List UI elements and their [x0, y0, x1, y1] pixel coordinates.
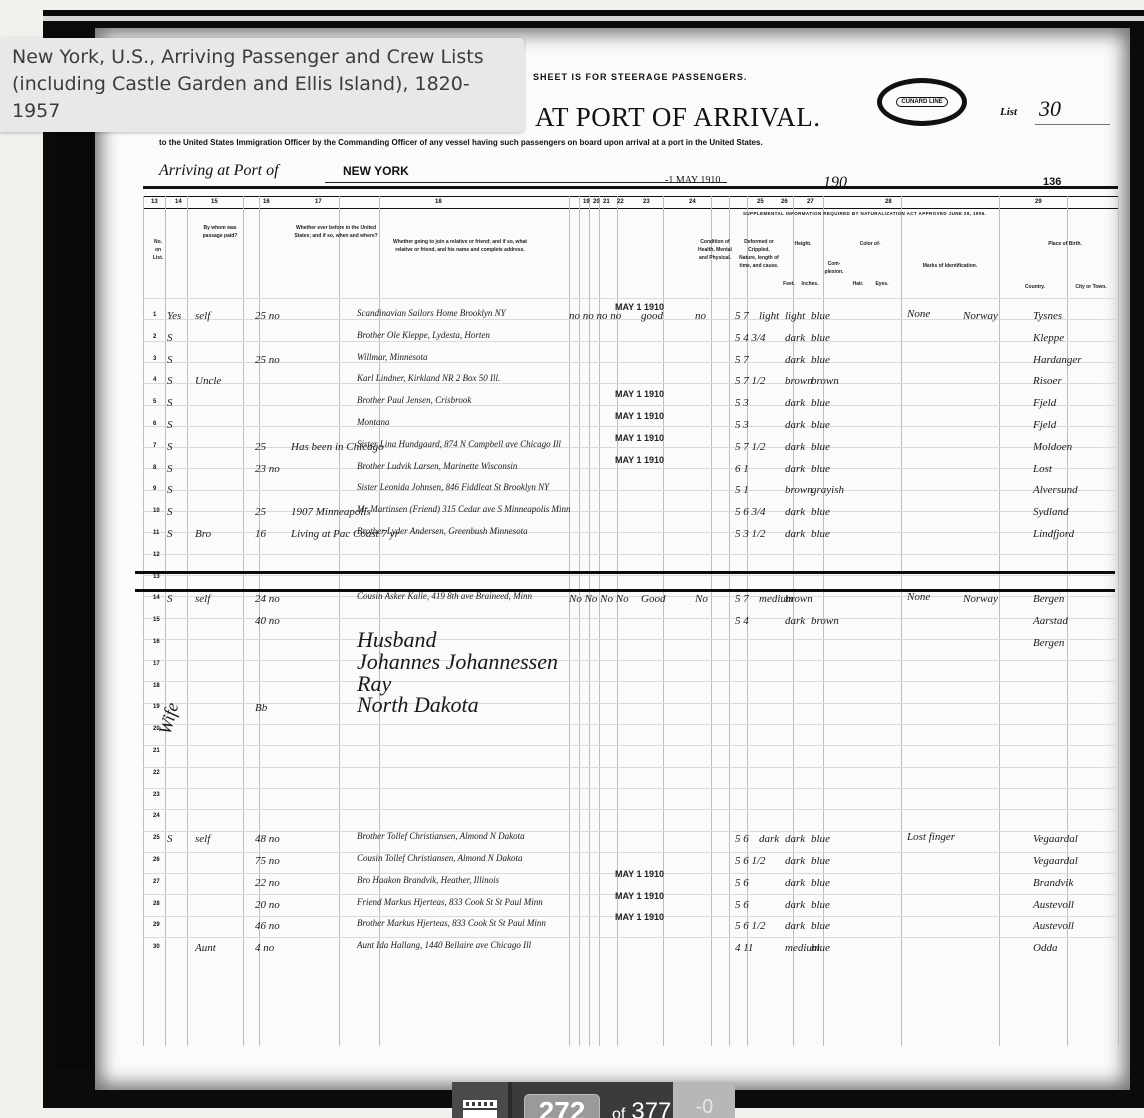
row-marks-identification: Lost finger — [907, 831, 955, 843]
column-number: 28 — [885, 199, 892, 205]
row-passage-paid: self — [195, 310, 210, 322]
row-joining-relative: Sister Leonida Johnsen, 846 Fiddleat St … — [357, 482, 549, 492]
list-number: 30 — [1039, 96, 1061, 122]
grid-column-line — [599, 196, 600, 1046]
row-yes-no-flags: no no no no — [569, 310, 621, 322]
header-condition: Condition of Health, Mental and Physical… — [695, 238, 735, 262]
row-height: 5 4 — [735, 615, 749, 627]
stamp-text: CUNARD LINE — [896, 97, 947, 107]
row-row-number: 18 — [153, 683, 160, 689]
row-joining-relative: Montana — [357, 417, 390, 427]
row-eye-color: blue — [811, 419, 830, 431]
row-sex-marker: S — [167, 528, 173, 540]
row-hair-color: brown — [785, 484, 813, 496]
grid-column-line — [165, 196, 166, 1046]
grid-row-line — [143, 383, 1118, 384]
row-money-shown: 25 — [255, 441, 266, 453]
row-hair-color: dark — [785, 899, 805, 911]
grid-column-line — [143, 196, 144, 1046]
filmstrip-button[interactable] — [452, 1082, 508, 1118]
row-row-number: 5 — [153, 399, 156, 405]
header-eyes: Eyes. — [871, 280, 893, 288]
grid-row-line — [143, 618, 1118, 619]
grid-row-line — [143, 298, 1118, 299]
row-height: 5 3 — [735, 397, 749, 409]
row-joining-relative: Brother Markus Hjerteas, 833 Cook St St … — [357, 918, 546, 928]
row-money-shown: 25 — [255, 506, 266, 518]
grid-column-line — [901, 196, 902, 1046]
row-row-number: 14 — [153, 595, 160, 601]
row-joining-relative: Bro Haakon Brandvik, Heather, Illinois — [357, 875, 499, 885]
row-city-town: Moldoen — [1033, 441, 1072, 453]
row-row-number: 1 — [153, 312, 156, 318]
row-height: 5 1 — [735, 484, 749, 496]
row-row-number: 21 — [153, 748, 160, 754]
grid-row-line — [143, 426, 1118, 427]
row-city-town: Fjeld — [1033, 397, 1056, 409]
row-eye-color: blue — [811, 833, 830, 845]
row-row-number: 23 — [153, 792, 160, 798]
page-top-gap — [43, 16, 1144, 21]
row-money-shown: 25 no — [255, 354, 280, 366]
grid-row-line — [143, 554, 1118, 555]
row-city-town: Bergen — [1033, 593, 1064, 605]
row-city-town: Lindfjord — [1033, 528, 1074, 540]
grid-row-line — [143, 639, 1118, 640]
row-money-shown: 75 no — [255, 855, 280, 867]
row-eye-color: blue — [811, 463, 830, 475]
row-height: 5 7 — [735, 310, 749, 322]
row-row-number: 4 — [153, 377, 156, 383]
row-row-number: 3 — [153, 356, 156, 362]
row-joining-relative: Brother Tollef Christiansen, Almond N Da… — [357, 831, 525, 841]
row-joining-relative: Willmar, Minnesota — [357, 352, 428, 362]
row-eye-color: brown — [811, 375, 839, 387]
grid-row-line — [143, 767, 1118, 768]
document-title: AT PORT OF ARRIVAL. — [535, 102, 820, 133]
grid-row-line — [143, 511, 1118, 512]
strikethrough-line-row-13 — [135, 589, 1115, 592]
row-city-town: Lost — [1033, 463, 1052, 475]
row-joining-relative: Brother Ole Kleppe, Lydesta, Horten — [357, 330, 490, 340]
row-city-town: Austevoll — [1033, 899, 1074, 911]
instructions-text: to the United States Immigration Officer… — [159, 138, 763, 147]
of-label: of — [612, 1106, 625, 1118]
row-city-town: Austevoll — [1033, 920, 1074, 932]
row-country: Norway — [963, 593, 998, 605]
row-eye-color: blue — [811, 877, 830, 889]
manifest-page: SHEET IS FOR STEERAGE PASSENGERS. AT POR… — [95, 28, 1130, 1090]
arriving-label: Arriving at Port of — [159, 162, 279, 180]
tooltip-text: New York, U.S., Arriving Passenger and C… — [12, 46, 484, 122]
grid-row-line — [143, 468, 1118, 469]
header-inches: Inches. — [799, 280, 821, 288]
header-rule — [143, 186, 1118, 189]
row-money-shown: 16 — [255, 528, 266, 540]
row-sex-marker: S — [167, 375, 173, 387]
row-row-number: 26 — [153, 857, 160, 863]
supplemental-header: SUPPLEMENTAL INFORMATION REQUIRED BY NAT… — [743, 211, 986, 216]
row-joining-relative: Brother Paul Jensen, Crisbrook — [357, 395, 471, 405]
row-row-number: 30 — [153, 944, 160, 950]
row-row-number: 25 — [153, 835, 160, 841]
row-joining-relative: Cousin Asker Kalle, 419 8th ave Braineed… — [357, 591, 532, 601]
column-number: 20 — [593, 199, 600, 205]
row-row-number: 6 — [153, 421, 156, 427]
row-row-number: 28 — [153, 901, 160, 907]
row-eye-color: brown — [811, 615, 839, 627]
row-passage-paid: self — [195, 593, 210, 605]
row-money-shown: 25 no — [255, 310, 280, 322]
header-color-of: Color of- — [847, 240, 893, 248]
row-eye-color: blue — [811, 855, 830, 867]
header-no-on-list: No. on List. — [151, 238, 165, 262]
row-hair-color: dark — [785, 920, 805, 932]
row-row-number: 24 — [153, 813, 160, 819]
row-hair-color: dark — [785, 615, 805, 627]
row-city-town: Sydland — [1033, 506, 1068, 518]
row-row-number: 16 — [153, 639, 160, 645]
grid-row-line — [143, 745, 1118, 746]
year-label: 190 — [823, 174, 847, 192]
grid-row-line — [143, 490, 1118, 491]
grid-column-line — [187, 196, 188, 1046]
row-money-shown: 24 no — [255, 593, 280, 605]
row-joining-relative: Scandinavian Sailors Home Brooklyn NY — [357, 308, 506, 318]
row-date-stamp: MAY 1 1910 — [615, 891, 664, 901]
row-city-town: Tysnes — [1033, 310, 1062, 322]
row-money-shown: 22 no — [255, 877, 280, 889]
row-joining-relative: North Dakota — [357, 692, 479, 718]
column-number: 22 — [617, 199, 624, 205]
row-hair-color: dark — [785, 332, 805, 344]
row-yes-no-flags: No No No No — [569, 593, 629, 605]
row-eye-color: blue — [811, 528, 830, 540]
row-hair-color: dark — [785, 441, 805, 453]
row-row-number: 19 — [153, 704, 160, 710]
row-height: 5 7 1/2 — [735, 375, 766, 387]
row-city-town: Odda — [1033, 942, 1057, 954]
row-row-number: 13 — [153, 574, 160, 580]
row-height: 5 6 1/2 — [735, 920, 766, 932]
row-joining-relative: Brother Ludvik Larsen, Marinette Wiscons… — [357, 461, 517, 471]
row-sex-marker: S — [167, 484, 173, 496]
grid-column-line — [569, 196, 570, 1046]
header-complexion: Com-plexion. — [823, 260, 845, 276]
row-eye-color: blue — [811, 310, 830, 322]
column-number: 27 — [807, 199, 814, 205]
row-sex-marker: S — [167, 441, 173, 453]
row-joining-relative: Brother Lyder Andersen, Greenbush Minnes… — [357, 526, 528, 536]
row-hair-color: dark — [785, 833, 805, 845]
row-money-shown: 23 no — [255, 463, 280, 475]
header-deformed: Deformed or Crippled. Nature, length of … — [739, 238, 779, 270]
header-country: Country. — [1010, 283, 1060, 291]
column-number: 18 — [435, 199, 442, 205]
grid-row-line — [143, 724, 1118, 725]
row-hair-color: brown — [785, 593, 813, 605]
row-row-number: 29 — [153, 922, 160, 928]
row-height: 5 4 3/4 — [735, 332, 766, 344]
grid-column-line — [243, 196, 244, 1046]
zoom-out-button[interactable]: -0 — [673, 1082, 735, 1118]
row-height: 5 7 — [735, 354, 749, 366]
grid-row-line — [143, 809, 1118, 810]
filmstrip-icon — [463, 1100, 497, 1118]
row-city-town: Bergen — [1033, 637, 1064, 649]
row-sex-marker: S — [167, 419, 173, 431]
column-number: 13 — [151, 199, 158, 205]
grid-row-line — [143, 852, 1118, 853]
zoom-out-icon: -0 — [695, 1096, 713, 1118]
row-row-number: 22 — [153, 770, 160, 776]
row-sex-marker: S — [167, 593, 173, 605]
row-joining-relative: Cousin Tollef Christiansen, Almond N Dak… — [357, 853, 523, 863]
row-hair-color: dark — [785, 397, 805, 409]
row-money-shown: 4 no — [255, 942, 274, 954]
grid-row-line — [143, 362, 1118, 363]
row-date-stamp: MAY 1 1910 — [615, 869, 664, 879]
row-city-town: Brandvik — [1033, 877, 1073, 889]
row-money-shown: 40 no — [255, 615, 280, 627]
row-date-stamp: MAY 1 1910 — [615, 433, 664, 443]
row-passage-paid: Bro — [195, 528, 211, 540]
row-city-town: Vegaardal — [1033, 855, 1078, 867]
row-date-stamp: MAY 1 1910 — [615, 411, 664, 421]
row-height: 5 7 — [735, 593, 749, 605]
row-money-shown: 46 no — [255, 920, 280, 932]
row-eye-color: blue — [811, 332, 830, 344]
grid-column-line — [729, 196, 730, 1046]
grid-column-line — [579, 196, 580, 1046]
row-city-town: Alversund — [1033, 484, 1078, 496]
column-number: 14 — [175, 199, 182, 205]
row-height: 5 7 1/2 — [735, 441, 766, 453]
row-money-shown: 48 no — [255, 833, 280, 845]
row-height: 5 3 — [735, 419, 749, 431]
cunard-line-stamp: CUNARD LINE — [877, 78, 967, 126]
row-sex-marker: Yes — [167, 310, 181, 322]
row-height: 6 1 — [735, 463, 749, 475]
row-sex-marker: S — [167, 833, 173, 845]
row-eye-color: blue — [811, 920, 830, 932]
current-page-input[interactable]: 272 — [524, 1094, 600, 1118]
row-hair-color: dark — [785, 463, 805, 475]
column-number: 19 — [583, 199, 590, 205]
row-marks-identification: None — [907, 308, 930, 320]
grid-row-line — [143, 788, 1118, 789]
column-number: 25 — [757, 199, 764, 205]
row-date-stamp: MAY 1 1910 — [615, 389, 664, 399]
header-ever-before: Whether ever before in the United States… — [291, 224, 381, 240]
row-row-number: 27 — [153, 879, 160, 885]
row-money-shown: 20 no — [255, 899, 280, 911]
column-number: 15 — [211, 199, 218, 205]
column-number: 26 — [781, 199, 788, 205]
pager-divider — [508, 1082, 512, 1118]
total-pages: 377 — [631, 1098, 671, 1118]
grid-row-line — [143, 703, 1118, 704]
grid-row-line — [143, 532, 1118, 533]
column-number: 16 — [263, 199, 270, 205]
row-city-town: Risoer — [1033, 375, 1062, 387]
row-height: 5 6 3/4 — [735, 506, 766, 518]
row-city-town: Kleppe — [1033, 332, 1064, 344]
port-name: NEW YORK — [343, 164, 409, 178]
row-row-number: 7 — [153, 443, 156, 449]
page-navigator: 272 of377 -0 — [452, 1082, 735, 1118]
arrival-date-stamp: -1 MAY 1910 — [665, 175, 720, 186]
row-hair-color: dark — [785, 354, 805, 366]
row-health-condition: Good — [641, 593, 665, 605]
row-row-number: 8 — [153, 465, 156, 471]
row-passage-paid: self — [195, 833, 210, 845]
column-number: 23 — [643, 199, 650, 205]
grid-column-line — [339, 196, 340, 1046]
row-row-number: 10 — [153, 508, 160, 514]
grid-column-line — [999, 196, 1000, 1046]
document-image-viewer[interactable]: SHEET IS FOR STEERAGE PASSENGERS. AT POR… — [43, 0, 1144, 1108]
header-marks: Marks of Identification. — [905, 262, 995, 270]
grid-row-line — [143, 831, 1118, 832]
row-joining-relative: Sister Lina Hundgaard, 874 N Campbell av… — [357, 439, 561, 449]
grid-column-line — [1118, 196, 1119, 1046]
list-underline — [1035, 124, 1110, 125]
row-joining-relative: Mr Martinsen (Friend) 315 Cedar ave S Mi… — [357, 504, 570, 514]
row-date-stamp: MAY 1 1910 — [615, 302, 664, 312]
row-eye-color: blue — [811, 441, 830, 453]
header-city: City or Town. — [1063, 283, 1119, 291]
page-count: of377 — [606, 1098, 671, 1118]
row-hair-color: light — [785, 310, 805, 322]
row-date-stamp: MAY 1 1910 — [615, 912, 664, 922]
row-sex-marker: S — [167, 332, 173, 344]
grid-column-line — [711, 196, 712, 1046]
row-passage-paid: Uncle — [195, 375, 221, 387]
row-date-stamp: MAY 1 1910 — [615, 455, 664, 465]
grid-row-line — [143, 937, 1118, 938]
row-hair-color: brown — [785, 375, 813, 387]
row-row-number: 11 — [153, 530, 159, 536]
header-feet: Feet. — [779, 280, 799, 288]
row-eye-color: blue — [811, 354, 830, 366]
strikethrough-line-row-12 — [135, 571, 1115, 574]
grid-row-line — [143, 575, 1118, 576]
column-number: 17 — [315, 199, 322, 205]
row-city-town: Aarstad — [1033, 615, 1068, 627]
row-row-number: 12 — [153, 552, 160, 558]
row-city-town: Vegaardal — [1033, 833, 1078, 845]
header-place-of-birth: Place of Birth. — [1010, 240, 1120, 248]
row-eye-color: blue — [811, 506, 830, 518]
row-row-number: 2 — [153, 334, 156, 340]
row-deformed: no — [695, 310, 706, 322]
row-joining-relative: Friend Markus Hjerteas, 833 Cook St St P… — [357, 897, 543, 907]
collection-tooltip: New York, U.S., Arriving Passenger and C… — [0, 38, 524, 132]
header-passage-paid: By whom was passage paid? — [195, 224, 245, 240]
row-eye-color: grayish — [811, 484, 844, 496]
row-row-number: 9 — [153, 486, 156, 492]
row-complexion: light — [759, 310, 779, 322]
row-hair-color: dark — [785, 506, 805, 518]
row-country: Norway — [963, 310, 998, 322]
row-complexion: dark — [759, 833, 779, 845]
viewer-top-band — [43, 0, 1144, 10]
row-height: 5 6 1/2 — [735, 855, 766, 867]
row-joining-relative: Aunt Ida Hallang, 1440 Bellaire ave Chic… — [357, 940, 531, 950]
row-sex-marker: S — [167, 354, 173, 366]
header-joining: Whether going to join a relative or frie… — [385, 238, 535, 254]
row-hair-color: dark — [785, 419, 805, 431]
steerage-heading: SHEET IS FOR STEERAGE PASSENGERS. — [533, 72, 747, 82]
row-eye-color: blue — [811, 397, 830, 409]
row-row-number: 17 — [153, 661, 160, 667]
row-height: 5 6 — [735, 877, 749, 889]
row-hair-color: dark — [785, 877, 805, 889]
header-hair: Hair. — [847, 280, 869, 288]
row-eye-color: blue — [811, 942, 830, 954]
header-height: Height. — [783, 240, 823, 248]
row-height: 5 6 — [735, 899, 749, 911]
row-joining-relative: Karl Lindner, Kirkland NR 2 Box 50 Ill. — [357, 373, 500, 383]
grid-row-line — [143, 405, 1118, 406]
row-sex-marker: S — [167, 506, 173, 518]
column-number: 29 — [1035, 199, 1042, 205]
grid-row-line — [143, 660, 1118, 661]
row-sex-marker: S — [167, 397, 173, 409]
grid-column-line — [589, 196, 590, 1046]
row-money-shown: Bb — [255, 702, 267, 714]
row-city-town: Hardanger — [1033, 354, 1081, 366]
row-hair-color: dark — [785, 528, 805, 540]
row-sex-marker: S — [167, 463, 173, 475]
row-eye-color: blue — [811, 899, 830, 911]
list-label: List — [1000, 106, 1017, 118]
grid-row-line — [143, 681, 1118, 682]
row-height: 4 11 — [735, 942, 753, 954]
row-deformed: No — [695, 593, 708, 605]
column-number: 24 — [689, 199, 696, 205]
row-marks-identification: None — [907, 591, 930, 603]
row-height: 5 3 1/2 — [735, 528, 766, 540]
page-left-shadow — [55, 110, 97, 1070]
row-city-town: Fjeld — [1033, 419, 1056, 431]
row-hair-color: dark — [785, 855, 805, 867]
grid-row-line — [143, 341, 1118, 342]
grid-row-line — [143, 447, 1118, 448]
row-height: 5 6 — [735, 833, 749, 845]
row-passage-paid: Aunt — [195, 942, 216, 954]
row-row-number: 15 — [153, 617, 160, 623]
column-number: 21 — [603, 199, 610, 205]
